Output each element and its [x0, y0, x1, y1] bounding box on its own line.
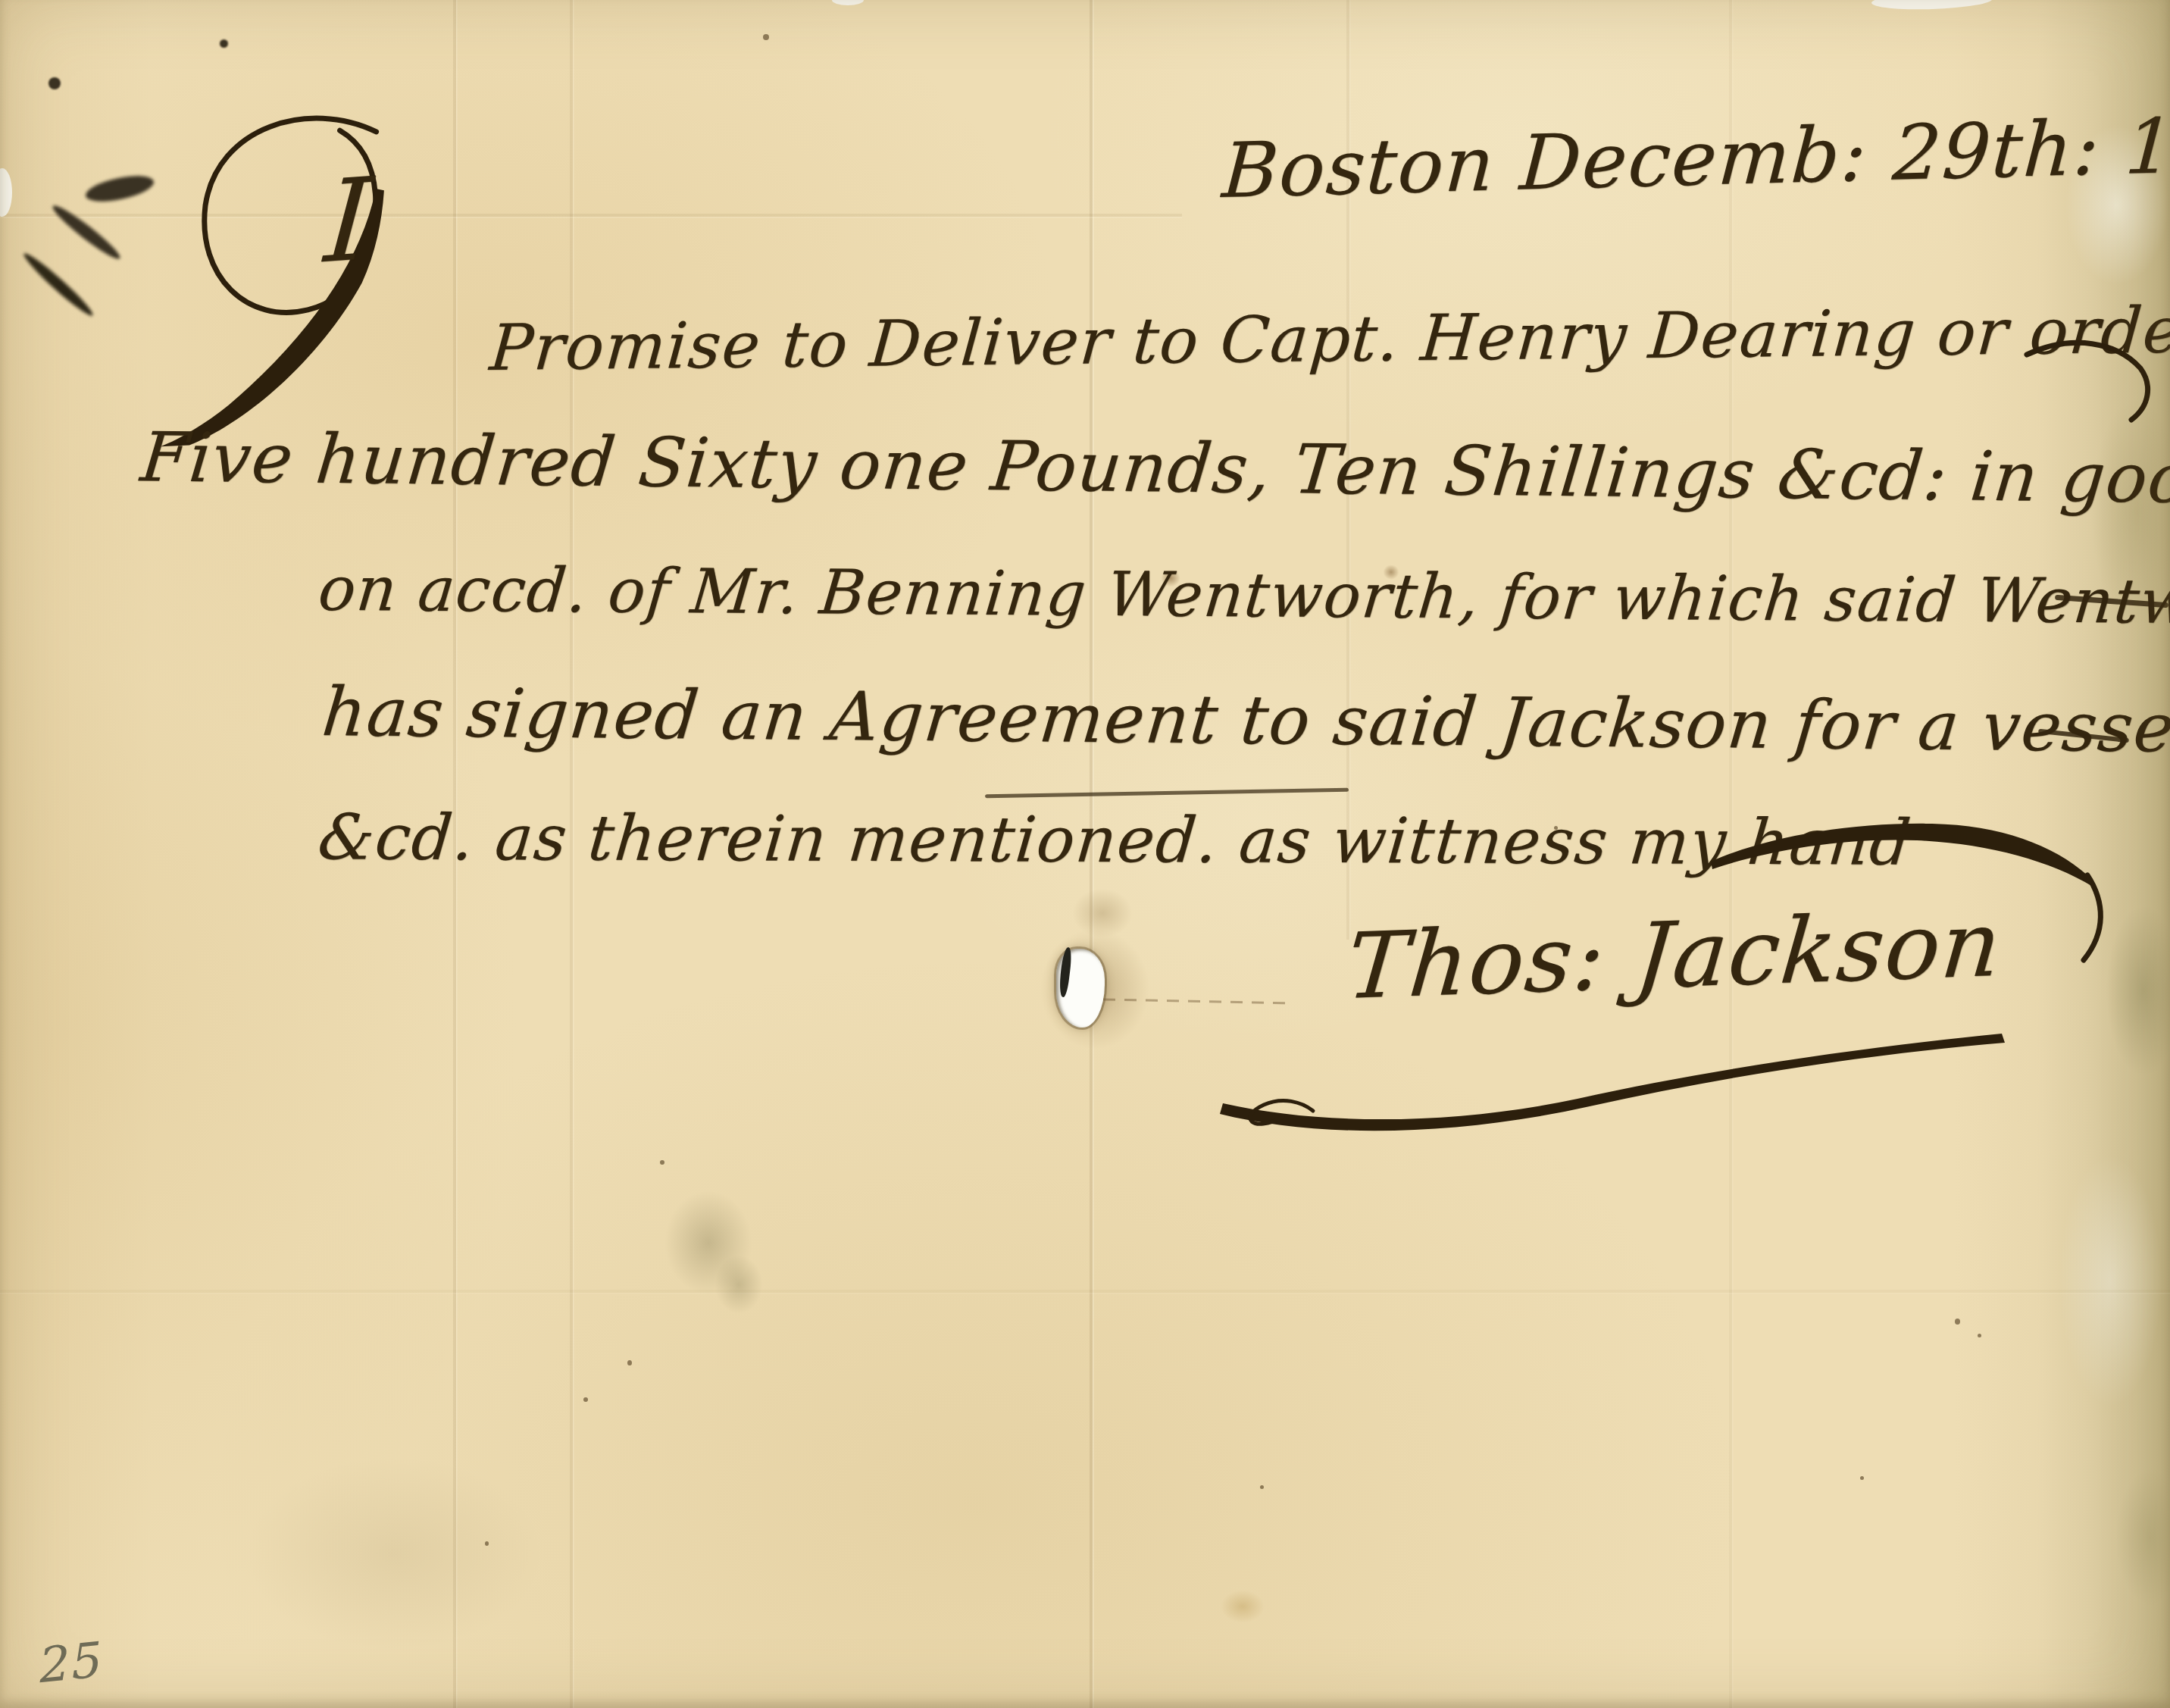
signature: Thos: Jackson — [1343, 892, 2006, 1020]
body-line: has signed an Agreement to said Jackson … — [319, 672, 2170, 768]
paper-speck — [583, 1397, 588, 1402]
paper-speck — [627, 1360, 632, 1365]
mentioned-cross-stroke — [985, 788, 1349, 798]
ink-smudge — [20, 249, 97, 320]
initial-flourish — [130, 89, 446, 456]
paper-chip — [0, 168, 12, 217]
paper-speck — [1860, 1476, 1864, 1480]
place-date-line: Boston Decemb: 29th: 1727 — [1220, 98, 2170, 215]
paper-chip — [832, 0, 864, 5]
initial-capital: I — [321, 154, 377, 289]
paper-speck — [660, 1160, 664, 1165]
body-line: on accd. of Mr. Benning Wentworth, for w… — [315, 554, 2170, 640]
signature-underline-flourish — [1211, 1024, 2014, 1146]
body-line: Five hundred Sixty one Pounds, Ten Shill… — [137, 418, 2170, 519]
paper-speck — [1955, 1319, 1960, 1325]
ink-smudge — [49, 201, 124, 263]
corner-number: 25 — [39, 1632, 105, 1694]
stain — [197, 1425, 591, 1682]
body-line: Promise to Deliver to Capt. Henry Dearin… — [487, 292, 2170, 385]
paper-speck — [1978, 1334, 1981, 1337]
paper-speck — [1260, 1485, 1264, 1489]
manuscript-page: I Boston Decemb: 29th: 1727 Promise to D… — [0, 0, 2170, 1708]
order-end-flourish — [2019, 324, 2163, 438]
ink-smudge — [48, 77, 61, 89]
fold-crease-horizontal — [0, 1290, 2170, 1293]
ink-smudge — [220, 39, 228, 48]
paper-speck — [485, 1541, 489, 1546]
body-line: &cd. as therein mentioned. as wittness m… — [315, 800, 1915, 879]
stain — [1212, 1584, 1273, 1629]
paper-chip — [1871, 0, 1993, 11]
paper-speck — [763, 34, 769, 40]
stain — [705, 1243, 773, 1326]
